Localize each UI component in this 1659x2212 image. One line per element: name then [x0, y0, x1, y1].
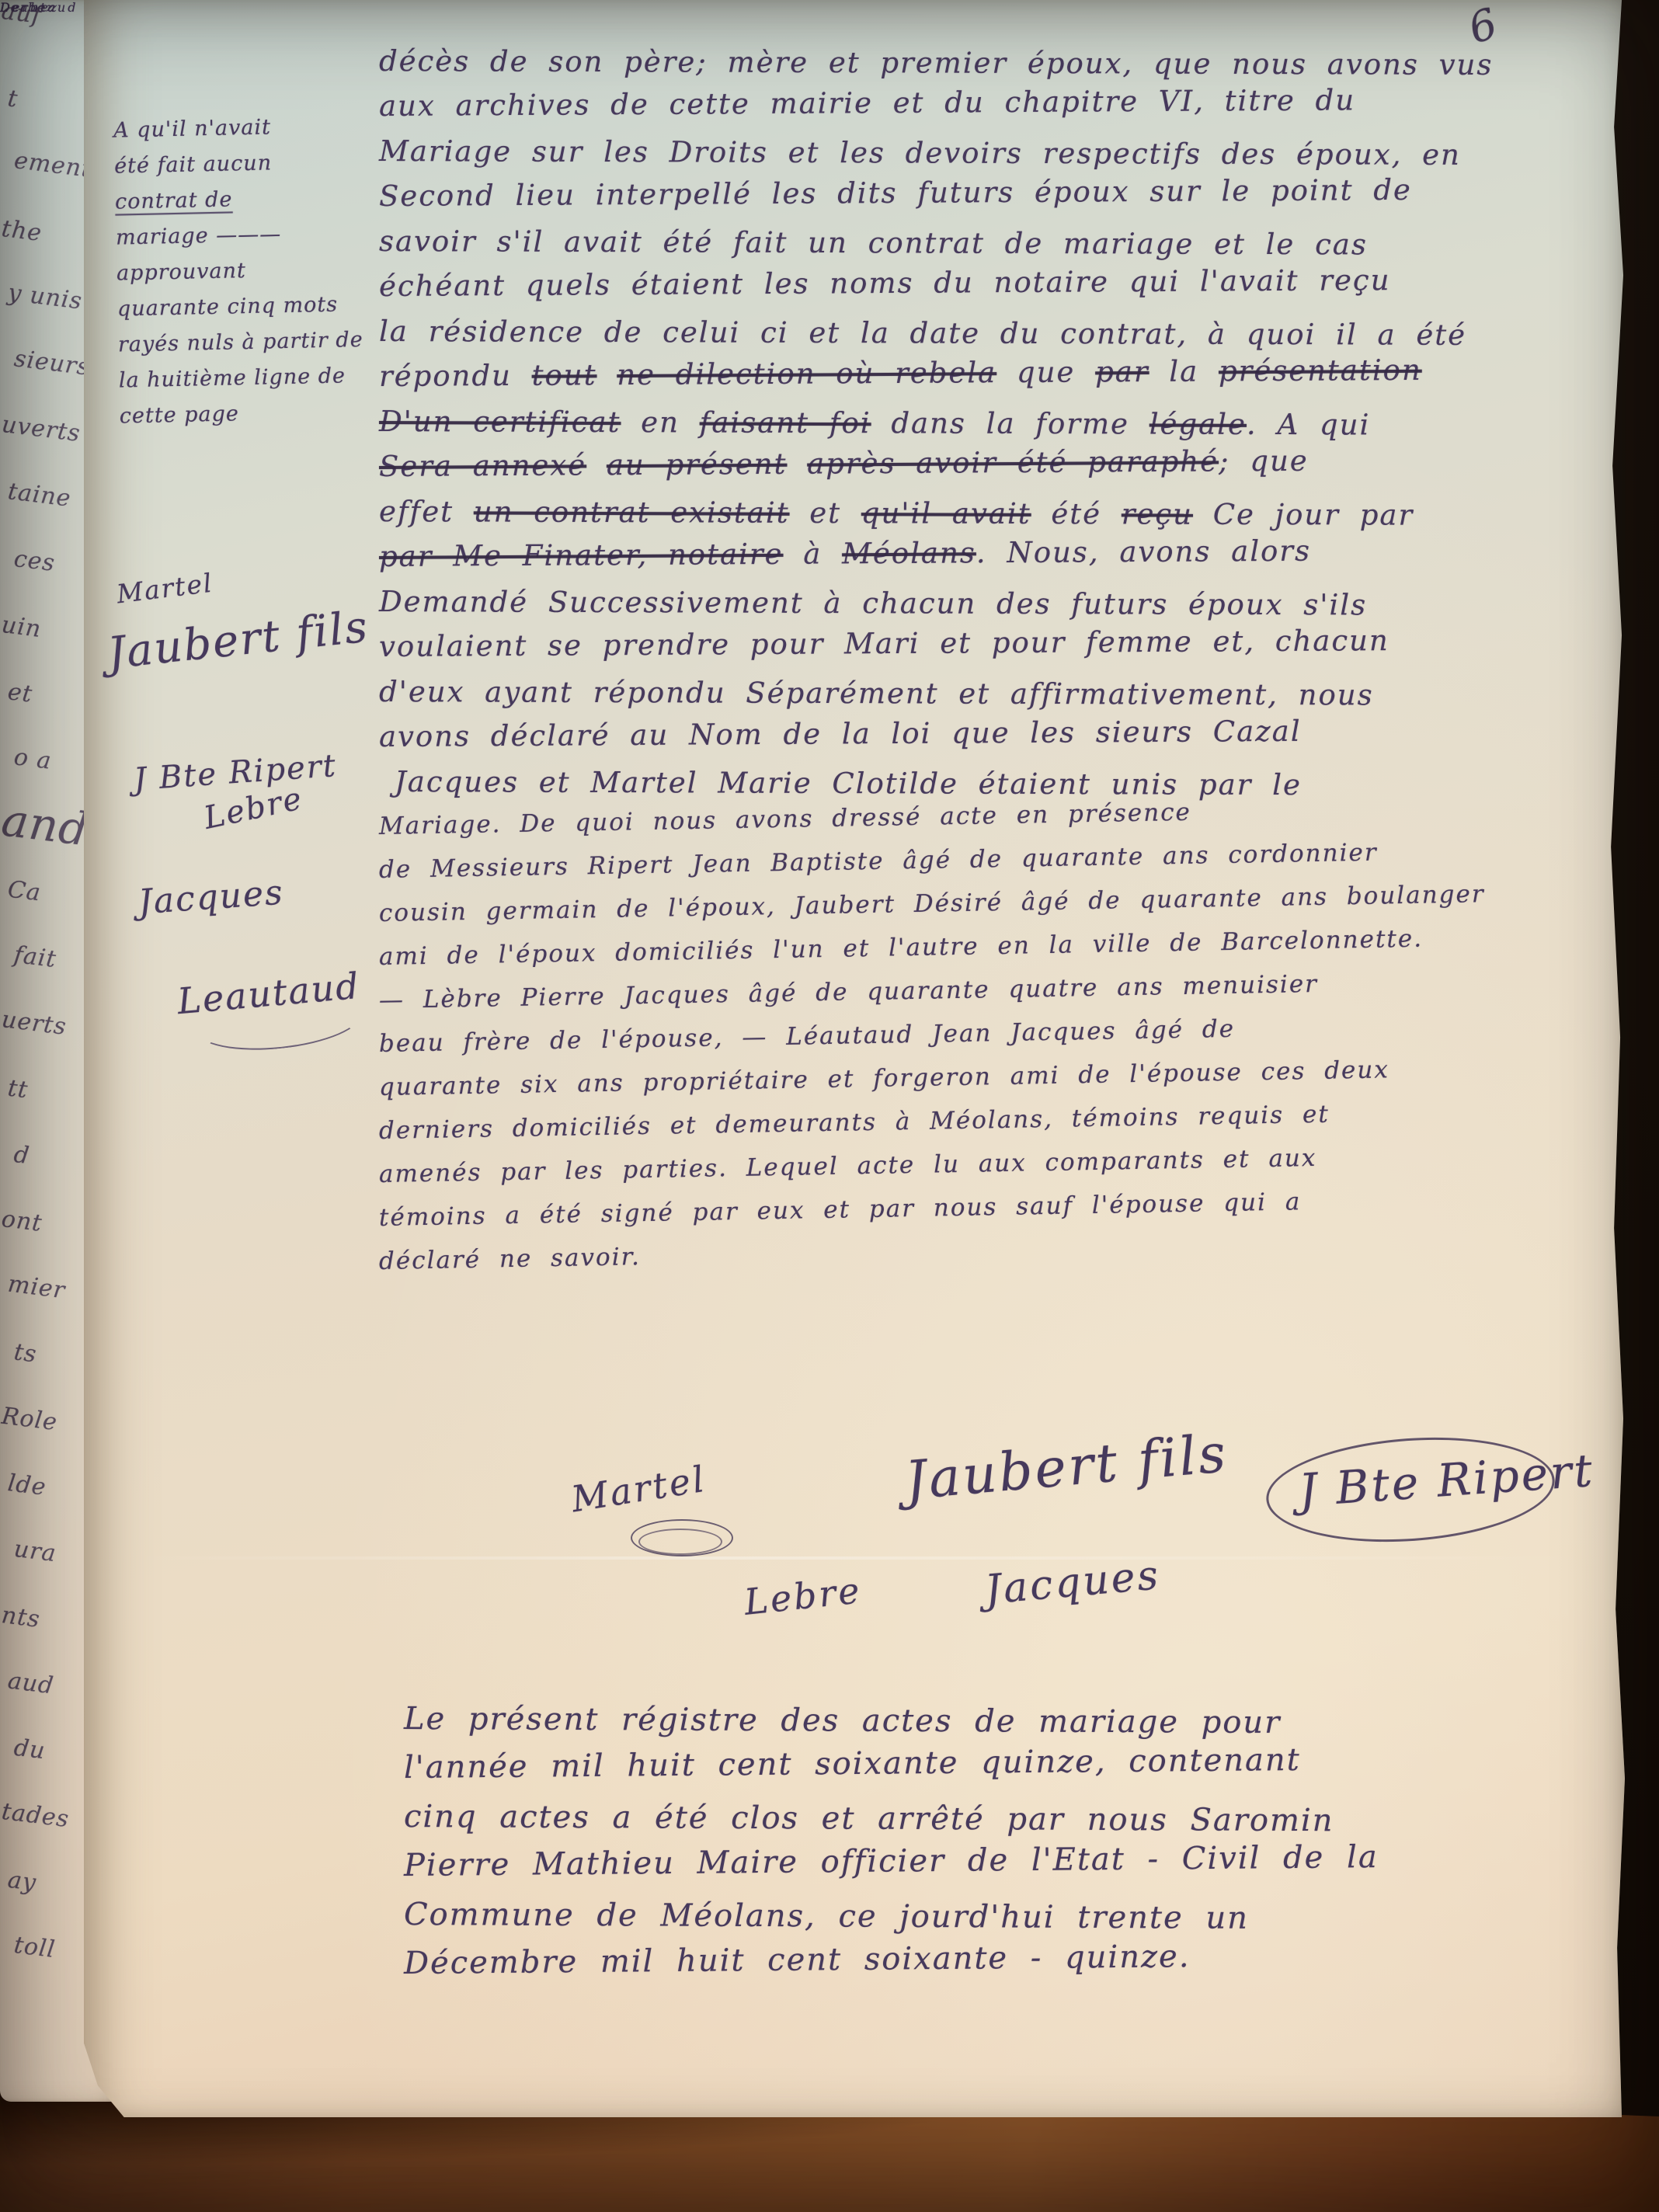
text-segment: échéant quels étaient les noms du notair…	[379, 263, 1391, 303]
page-fragment: ura	[12, 1536, 57, 1567]
page-fragment: ay	[6, 1866, 38, 1897]
page-fragment: ont	[0, 1205, 43, 1237]
body-line: Second lieu interpellé les dits futurs é…	[379, 166, 1629, 219]
margin-note-line: la huitième ligne de	[118, 357, 383, 398]
text-segment: voulaient se prendre pour Mari et pour f…	[379, 624, 1389, 663]
margin-note-line: approuvant	[117, 250, 381, 291]
text-segment: ; que	[1219, 444, 1309, 478]
text-segment: décès de son père; mère et premier époux…	[379, 44, 1494, 82]
body-line: répondu tout ne dilection où rebela que …	[379, 346, 1629, 399]
signature: Leautaud	[0, 0, 78, 15]
text-segment: Mariage. De quoi nous avons dressé acte …	[379, 798, 1191, 840]
page-fragment: aud	[6, 1668, 55, 1700]
body-line: voulaient se prendre pour Mari et pour f…	[379, 617, 1629, 670]
text-segment	[787, 447, 807, 481]
text-segment: effet	[379, 495, 474, 528]
page-fragment: toll	[12, 1932, 57, 1963]
struck-text: un contrat existait	[474, 495, 790, 529]
margin-note: A qu'il n'avaitété fait aucuncontrat dem…	[113, 107, 384, 434]
closing-line: Décembre mil huit cent soixante - quinze…	[404, 1929, 1631, 1988]
page-fragment: ces	[12, 545, 57, 577]
page-fragment: tt	[6, 1075, 30, 1104]
text-segment: Mariage sur les Droits et les devoirs re…	[379, 134, 1461, 172]
struck-text: légale	[1149, 407, 1247, 440]
struck-text: tout	[532, 358, 597, 392]
margin-note-line: mariage ———	[116, 214, 381, 256]
body-text: décès de son père; mère et premier époux…	[379, 39, 1629, 1283]
margin-note-line: été fait aucun	[114, 143, 379, 184]
page-fragment: uin	[0, 611, 43, 643]
page-fragment: tades	[0, 1798, 71, 1833]
text-segment: répondu	[379, 359, 532, 393]
text-segment: à	[783, 537, 842, 570]
text-segment: été	[1031, 497, 1122, 530]
page-fragment: uverts	[0, 411, 82, 447]
page-fragment: Role	[0, 1403, 59, 1437]
page-fragment: d	[12, 1141, 31, 1170]
page-fragment: mier	[6, 1271, 67, 1305]
struck-text: par Me Finater, notaire	[379, 537, 784, 573]
text-segment: en	[621, 405, 699, 439]
closing-block: Le présent régistre des actes de mariage…	[404, 1695, 1631, 1988]
page-fragment: nts	[0, 1602, 42, 1633]
body-line: échéant quels étaient les noms du notair…	[379, 256, 1629, 309]
struck-text: qu'il avait	[861, 496, 1031, 530]
struck-text: faisant foi	[700, 405, 871, 440]
text-segment	[596, 358, 617, 391]
struck-text: ne dilection où rebela	[617, 356, 996, 391]
body-line: Sera annexé au présent après avoir été p…	[379, 436, 1629, 489]
body-line: par Me Finater, notaire à Méolans. Nous,…	[379, 527, 1629, 579]
page-fragment: sieurs	[12, 345, 91, 381]
text-segment: Demandé Successivement à chacun des futu…	[379, 585, 1367, 621]
page-fragment: ement	[12, 147, 93, 183]
struck-text: D'un certificat	[379, 405, 621, 439]
page-fragment: lde	[6, 1469, 47, 1501]
closing-line: Pierre Mathieu Maire officier de l'Etat …	[404, 1831, 1631, 1890]
page-fragment: uerts	[0, 1006, 68, 1041]
text-segment: que	[996, 355, 1095, 389]
text-segment: déclaré ne savoir.	[379, 1243, 641, 1275]
struck-text: Sera annexé	[379, 448, 586, 483]
page-fragment: ts	[12, 1338, 38, 1368]
body-line: aux archives de cette mairie et du chapi…	[379, 76, 1629, 129]
page-fragment: du	[12, 1734, 47, 1765]
struck-text: Méolans	[842, 536, 976, 570]
struck-text: présentation	[1219, 353, 1422, 388]
margin-note-line: quarante cinq mots	[117, 286, 382, 327]
text-segment: et	[789, 496, 861, 530]
text-segment: beau frère de l'épouse, — Léautaud Jean …	[379, 1015, 1236, 1058]
struck-text: après avoir été paraphé	[807, 444, 1219, 480]
struck-text: par	[1095, 355, 1149, 388]
text-segment	[586, 448, 607, 482]
margin-note-line: A qu'il n'avait	[113, 107, 378, 148]
text-segment: la résidence de celui ci et la date du c…	[379, 315, 1466, 352]
text-segment: aux archives de cette mairie et du chapi…	[379, 83, 1355, 123]
page-fragment: fait	[12, 941, 57, 973]
margin-note-line: contrat de	[115, 179, 380, 220]
body-line: avons déclaré au Nom de la loi que les s…	[379, 707, 1629, 760]
page-fragment: et	[6, 678, 34, 708]
page-fragment: y unis	[6, 279, 84, 315]
text-segment: savoir s'il avait été fait un contrat de…	[379, 224, 1368, 261]
page-fragment: t	[6, 85, 19, 113]
text-segment: . Nous, avons alors	[976, 534, 1311, 570]
margin-note-line: cette page	[119, 393, 384, 434]
text-segment: d'eux ayant répondu Séparément et affirm…	[379, 675, 1374, 711]
struck-text: reçu	[1122, 497, 1193, 530]
paper-crease	[132, 1556, 1600, 1560]
text-segment: . A qui	[1247, 408, 1371, 442]
text-segment: dans la forme	[871, 406, 1149, 440]
margin-note-line: rayés nuls à partir de	[117, 322, 382, 363]
jaubert-flourish	[631, 1519, 733, 1556]
page-fragment: taine	[6, 478, 72, 513]
page-fragment: the	[0, 215, 43, 247]
text-segment: la	[1149, 354, 1219, 388]
text-segment: avons déclaré au Nom de la loi que les s…	[379, 715, 1302, 753]
text-segment: Second lieu interpellé les dits futurs é…	[379, 173, 1412, 213]
page-fragment: o a	[12, 743, 53, 775]
page-fragment: Ca	[6, 876, 43, 907]
struck-text: au présent	[607, 447, 788, 482]
closing-line: l'année mil huit cent soixante quinze, c…	[404, 1733, 1631, 1793]
text-segment: Ce jour par	[1193, 498, 1414, 532]
photo-canvas: tementthey unissieursuvertstainecesuinet…	[0, 0, 1659, 2212]
